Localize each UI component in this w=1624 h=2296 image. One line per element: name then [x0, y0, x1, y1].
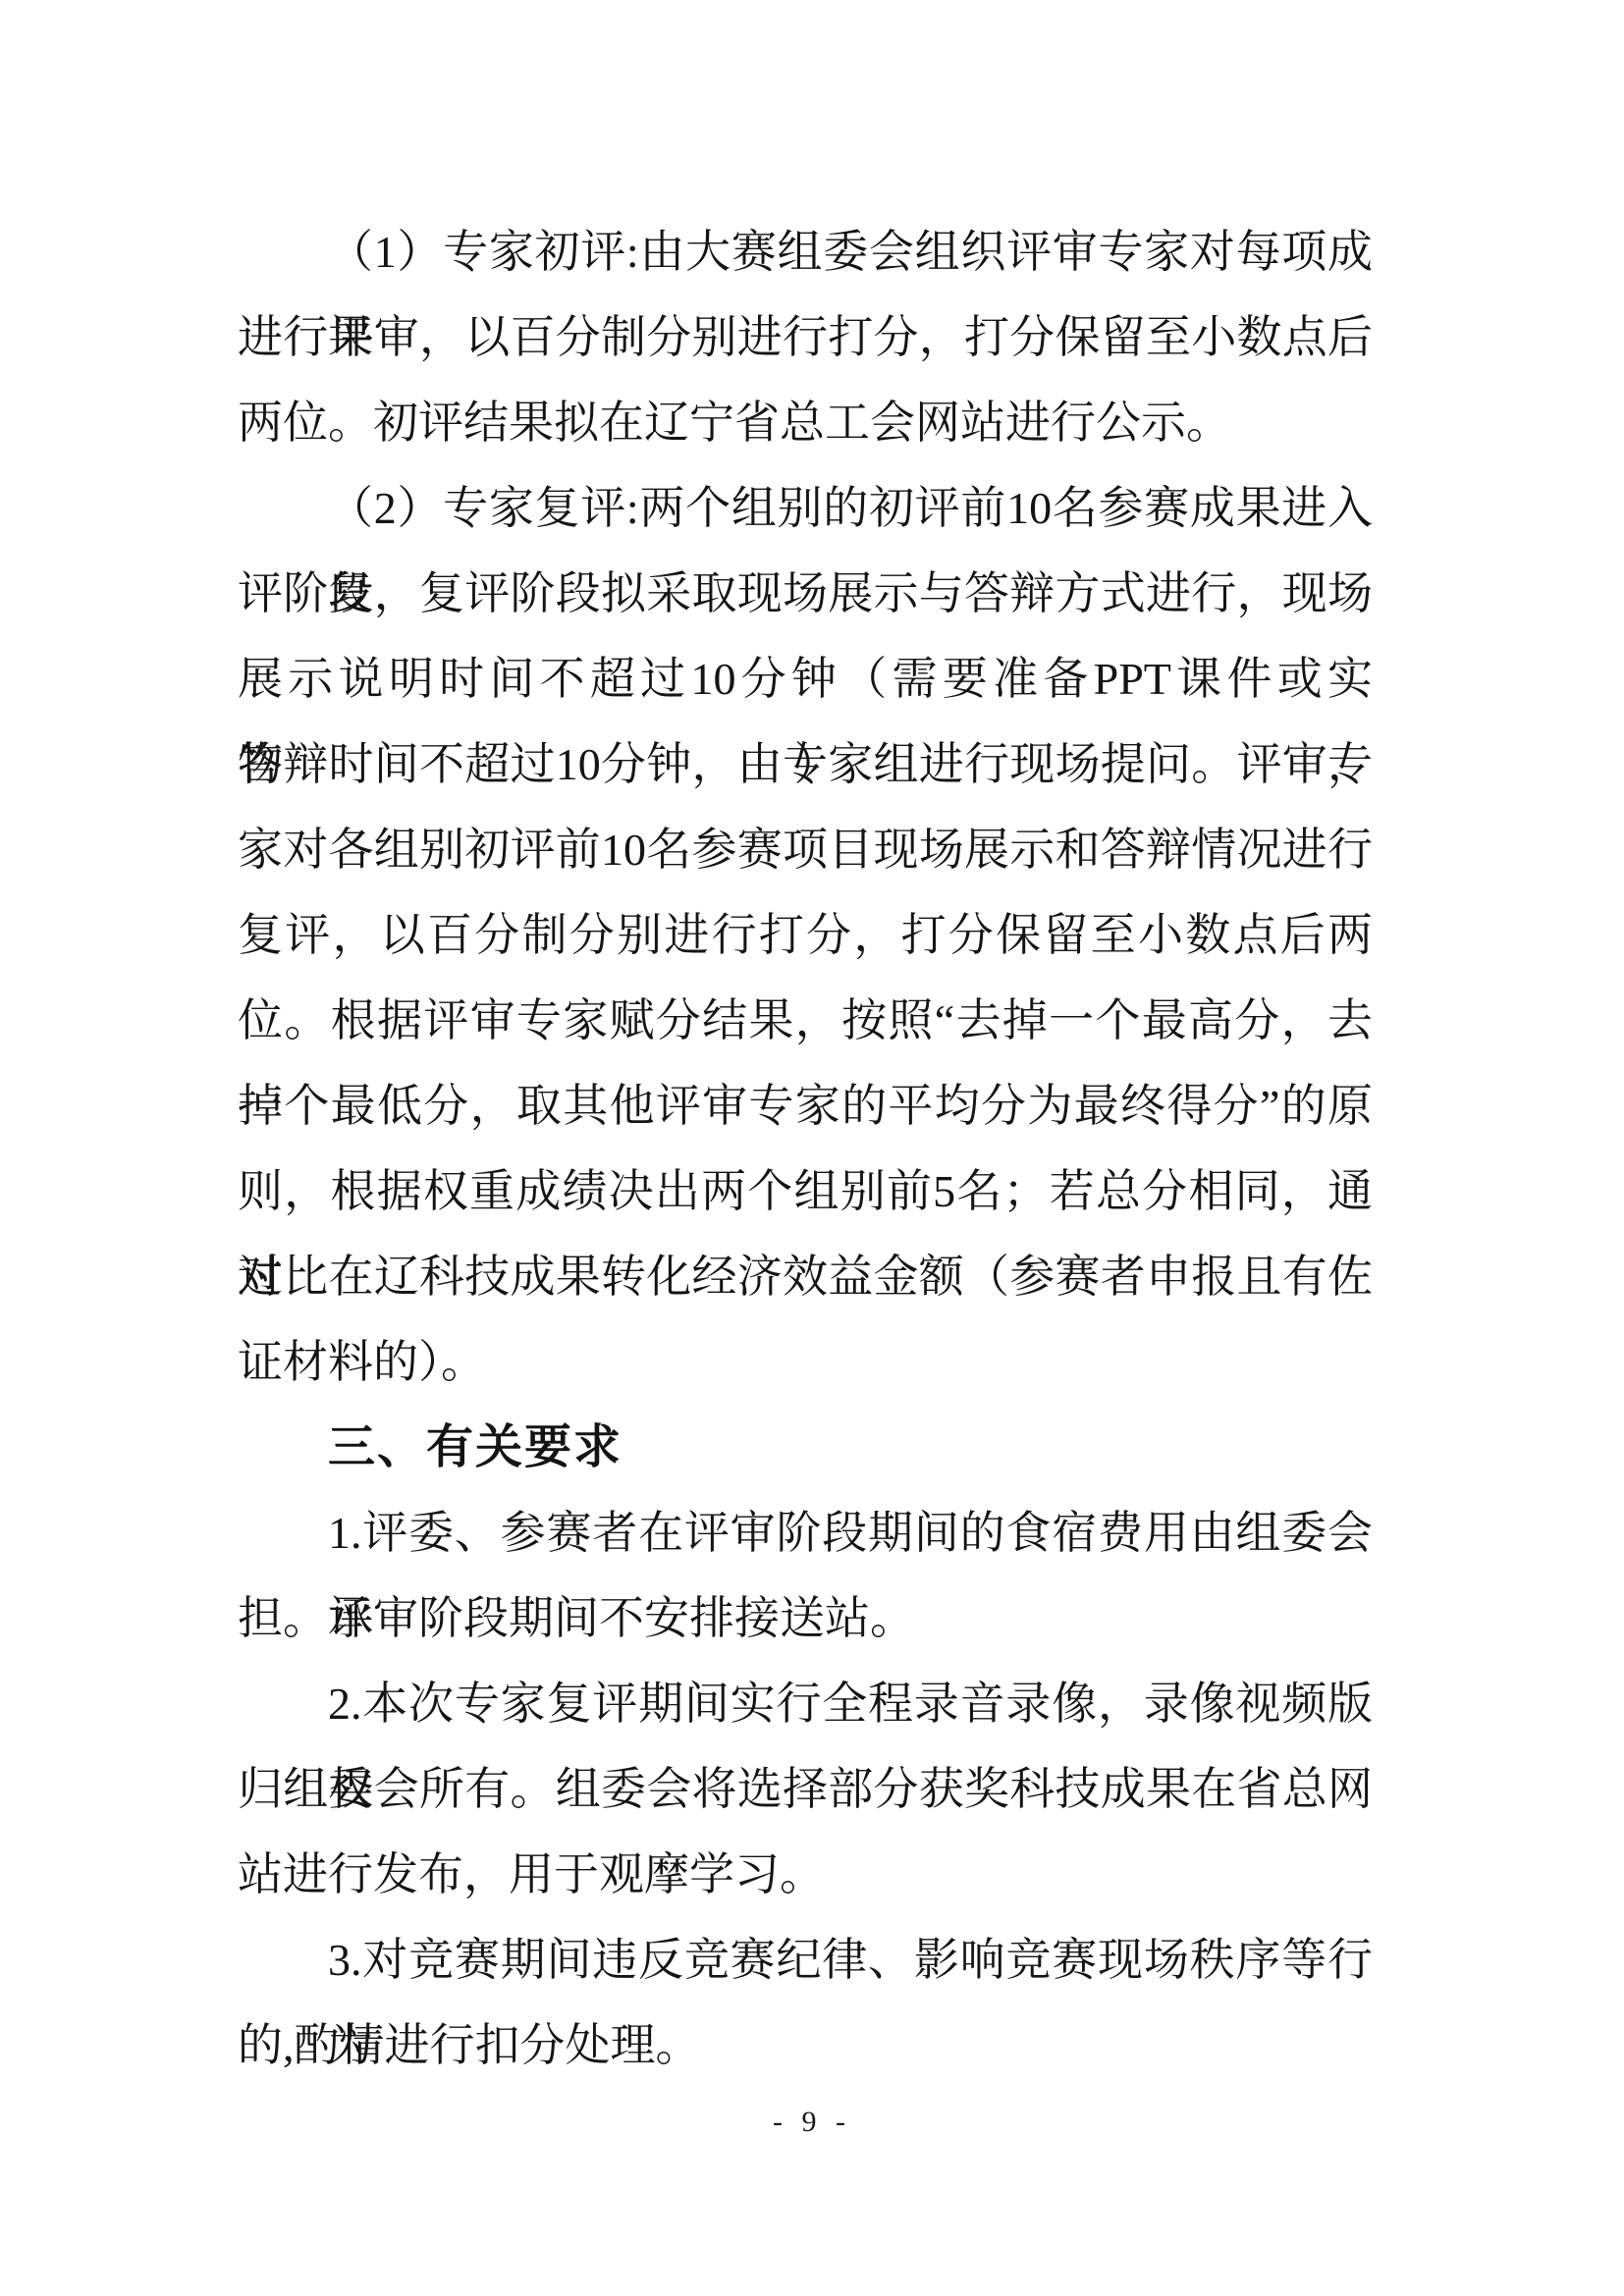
paragraph-line: 则，根据权重成绩决出两个组别前5名；若总分相同，通过	[238, 1148, 1373, 1234]
document-page: （1）专家初评:由大赛组委会组织评审专家对每项成果 进行评审，以百分制分别进行打…	[0, 0, 1624, 2296]
page-number: - 9 -	[0, 2101, 1624, 2144]
paragraph-line: 复评，以百分制分别进行打分，打分保留至小数点后两	[238, 892, 1373, 978]
paragraph-line: 的,酌情进行扣分处理。	[238, 2002, 1373, 2088]
paragraph-line: 3.对竞赛期间违反竞赛纪律、影响竞赛现场秩序等行为	[238, 1917, 1373, 2002]
paragraph-line: 两位。初评结果拟在辽宁省总工会网站进行公示。	[238, 380, 1373, 465]
paragraph-line: 家对各组别初评前10名参赛项目现场展示和答辩情况进行	[238, 807, 1373, 892]
paragraph-line: 站进行发布，用于观摩学习。	[238, 1832, 1373, 1917]
paragraph-line: 证材料的）。	[238, 1319, 1373, 1405]
paragraph-line: 担。评审阶段期间不安排接送站。	[238, 1575, 1373, 1661]
section-heading: 三、有关要求	[238, 1405, 1373, 1490]
document-body: （1）专家初评:由大赛组委会组织评审专家对每项成果 进行评审，以百分制分别进行打…	[238, 209, 1373, 2088]
paragraph-line: （2）专家复评:两个组别的初评前10名参赛成果进入复	[238, 465, 1373, 551]
paragraph-line: 位。根据评审专家赋分结果，按照“去掉一个最高分，去掉	[238, 978, 1373, 1063]
paragraph-line: 答辩时间不超过10分钟，由专家组进行现场提问。评审专	[238, 721, 1373, 807]
paragraph-line: 归组委会所有。组委会将选择部分获奖科技成果在省总网	[238, 1746, 1373, 1832]
paragraph-line: 1.评委、参赛者在评审阶段期间的食宿费用由组委会承	[238, 1490, 1373, 1575]
paragraph-line: 2.本次专家复评期间实行全程录音录像，录像视频版权	[238, 1661, 1373, 1746]
paragraph-line: 展示说明时间不超过10分钟（需要准备PPT课件或实物），	[238, 636, 1373, 721]
paragraph-line: （1）专家初评:由大赛组委会组织评审专家对每项成果	[238, 209, 1373, 294]
paragraph-line: 对比在辽科技成果转化经济效益金额（参赛者申报且有佐	[238, 1234, 1373, 1319]
paragraph-line: 一个最低分，取其他评审专家的平均分为最终得分”的原	[238, 1063, 1373, 1148]
paragraph-line: 评阶段，复评阶段拟采取现场展示与答辩方式进行，现场	[238, 551, 1373, 636]
paragraph-line: 进行评审，以百分制分别进行打分，打分保留至小数点后	[238, 294, 1373, 380]
